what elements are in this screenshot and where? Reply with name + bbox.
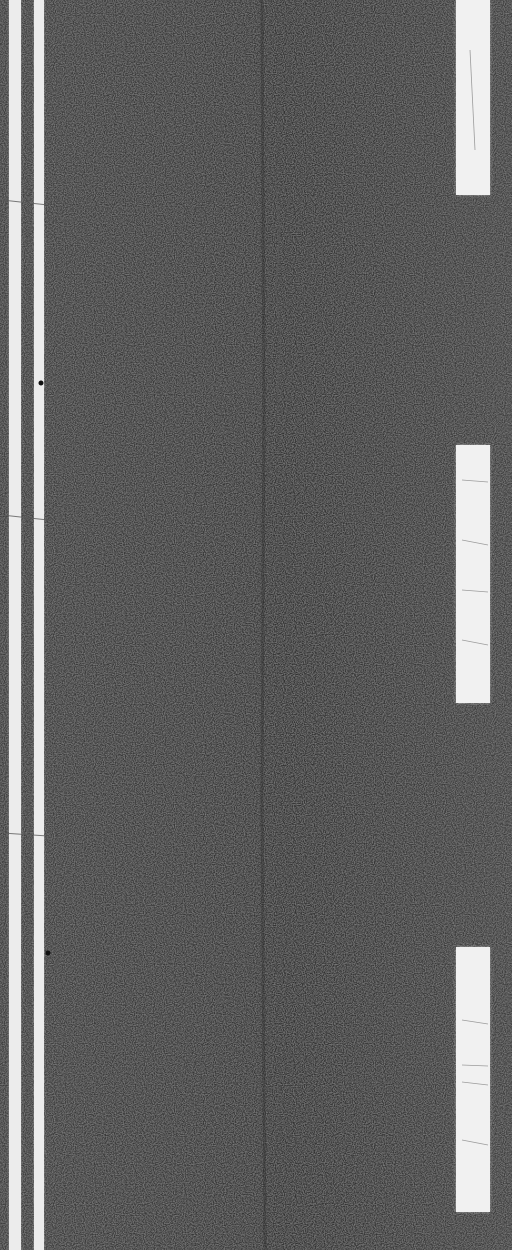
left-double-line-outer [9, 0, 21, 1250]
road-aerial-image [0, 0, 512, 1250]
lane-dash [456, 0, 490, 195]
left-double-line-inner [34, 0, 44, 1250]
asphalt-texture [0, 0, 512, 1250]
lane-dash [456, 947, 490, 1212]
lane-dash [456, 445, 490, 703]
